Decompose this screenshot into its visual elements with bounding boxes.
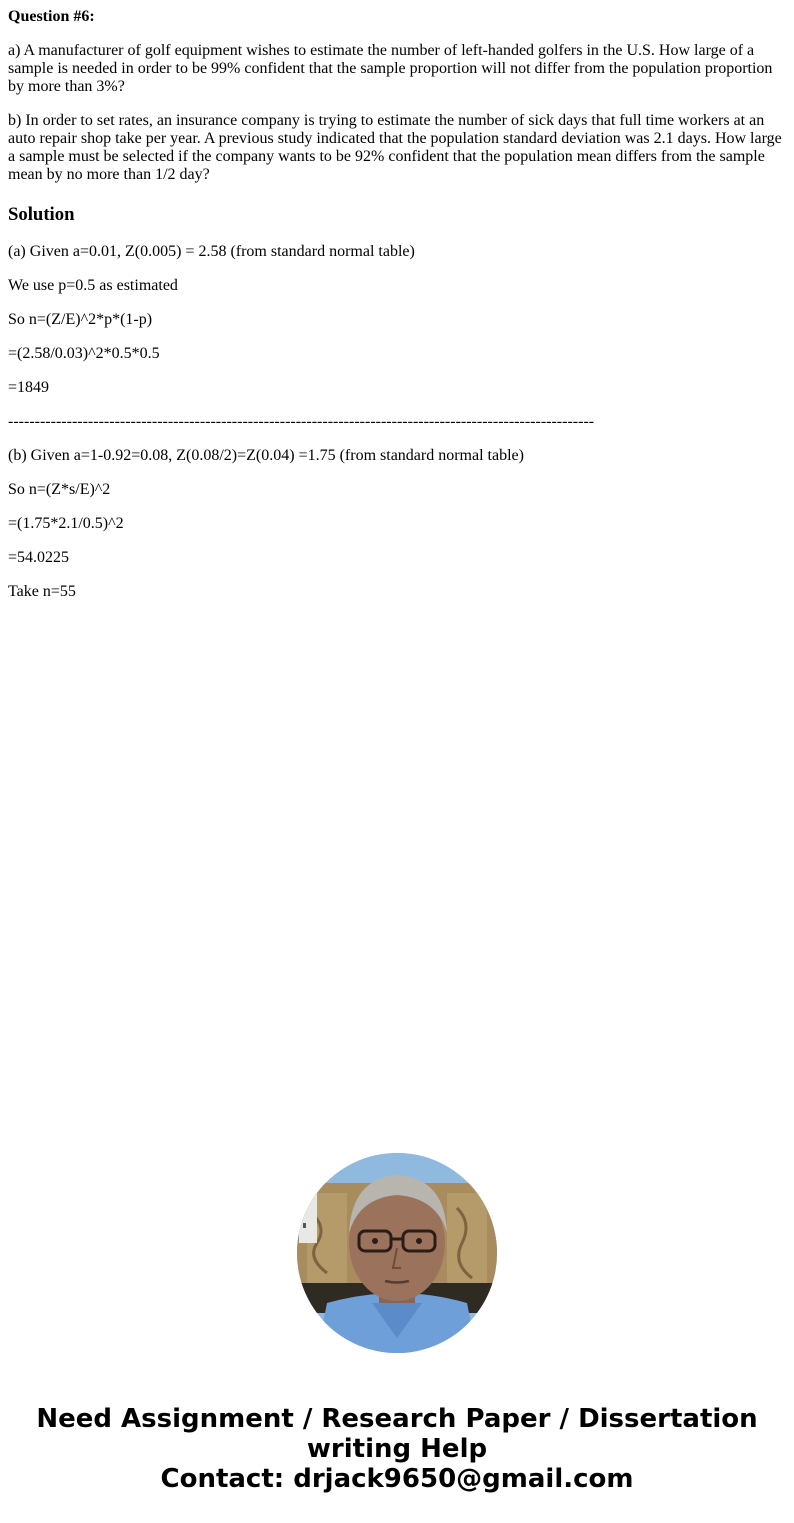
solution-line: =1849 [8,379,49,397]
avatar [297,1153,497,1353]
solution-line: (b) Given a=1-0.92=0.08, Z(0.08/2)=Z(0.0… [8,447,524,465]
document-body: Question #6: a) A manufacturer of golf e… [8,0,786,226]
solution-line: Take n=55 [8,583,76,601]
solution-line: =54.0225 [8,549,69,567]
solution-line: (a) Given a=0.01, Z(0.005) = 2.58 (from … [8,243,415,261]
question-part-a: a) A manufacturer of golf equipment wish… [8,42,786,96]
solution-line: So n=(Z/E)^2*p*(1-p) [8,311,152,329]
solution-line: We use p=0.5 as estimated [8,277,178,295]
solution-line: So n=(Z*s/E)^2 [8,481,110,499]
solution-heading: Solution [8,204,786,226]
person-photo-icon [297,1153,497,1353]
contact-email: Contact: drjack9650@gmail.com [0,1464,794,1494]
promo-line: Need Assignment / Research Paper / Disse… [0,1404,794,1434]
solution-line: =(2.58/0.03)^2*0.5*0.5 [8,345,160,363]
separator-line: ----------------------------------------… [8,413,594,431]
solution-line: =(1.75*2.1/0.5)^2 [8,515,124,533]
promo-line: writing Help [0,1434,794,1464]
promo-banner: Need Assignment / Research Paper / Disse… [0,1404,794,1494]
question-title: Question #6: [8,8,786,26]
question-part-b: b) In order to set rates, an insurance c… [8,112,786,184]
